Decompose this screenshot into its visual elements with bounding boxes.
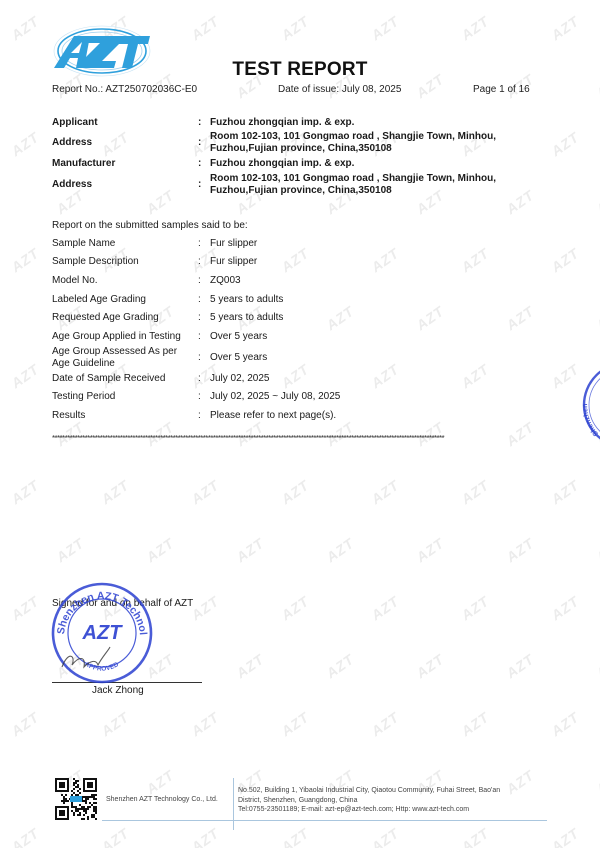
field-value: Fuzhou zhongqian imp. & exp.	[210, 117, 510, 129]
footer-divider-vertical	[233, 778, 234, 830]
field-label: Address	[52, 179, 192, 191]
field-label: Applicant	[52, 117, 192, 129]
report-number: Report No.: AZT250702036C-E0	[52, 84, 197, 95]
footer-company-name: Shenzhen AZT Technology Co., Ltd.	[106, 796, 218, 803]
page-indicator: Page 1 of 16	[473, 84, 530, 95]
report-title: TEST REPORT	[0, 59, 600, 81]
field-value: Room 102-103, 101 Gongmao road , Shangji…	[210, 173, 510, 197]
field-value: Room 102-103, 101 Gongmao road , Shangji…	[210, 131, 510, 155]
edge-seal-stamp: Shenzhen	[580, 360, 600, 450]
test-report-page: TEST REPORT Report No.: AZT250702036C-E0…	[0, 0, 600, 848]
field-label: Address	[52, 137, 192, 149]
footer-divider-horizontal	[102, 820, 547, 821]
date-of-issue: Date of issue: July 08, 2025	[278, 84, 401, 95]
field-value: Fuzhou zhongqian imp. & exp.	[210, 158, 510, 170]
section-divider: ****************************************…	[52, 434, 548, 443]
samples-intro: Report on the submitted samples said to …	[52, 220, 248, 231]
company-seal-stamp: Shenzhen AZT Technology Co., Ltd. AZT AP…	[50, 581, 154, 685]
qr-code	[55, 778, 97, 820]
field-label: Manufacturer	[52, 158, 192, 170]
signer-name: Jack Zhong	[92, 685, 144, 696]
footer-address: No.502, Building 1, Yibaolai Industrial …	[238, 786, 500, 815]
svg-text:AZT: AZT	[82, 622, 124, 644]
svg-text:Shenzhen: Shenzhen	[582, 404, 600, 438]
